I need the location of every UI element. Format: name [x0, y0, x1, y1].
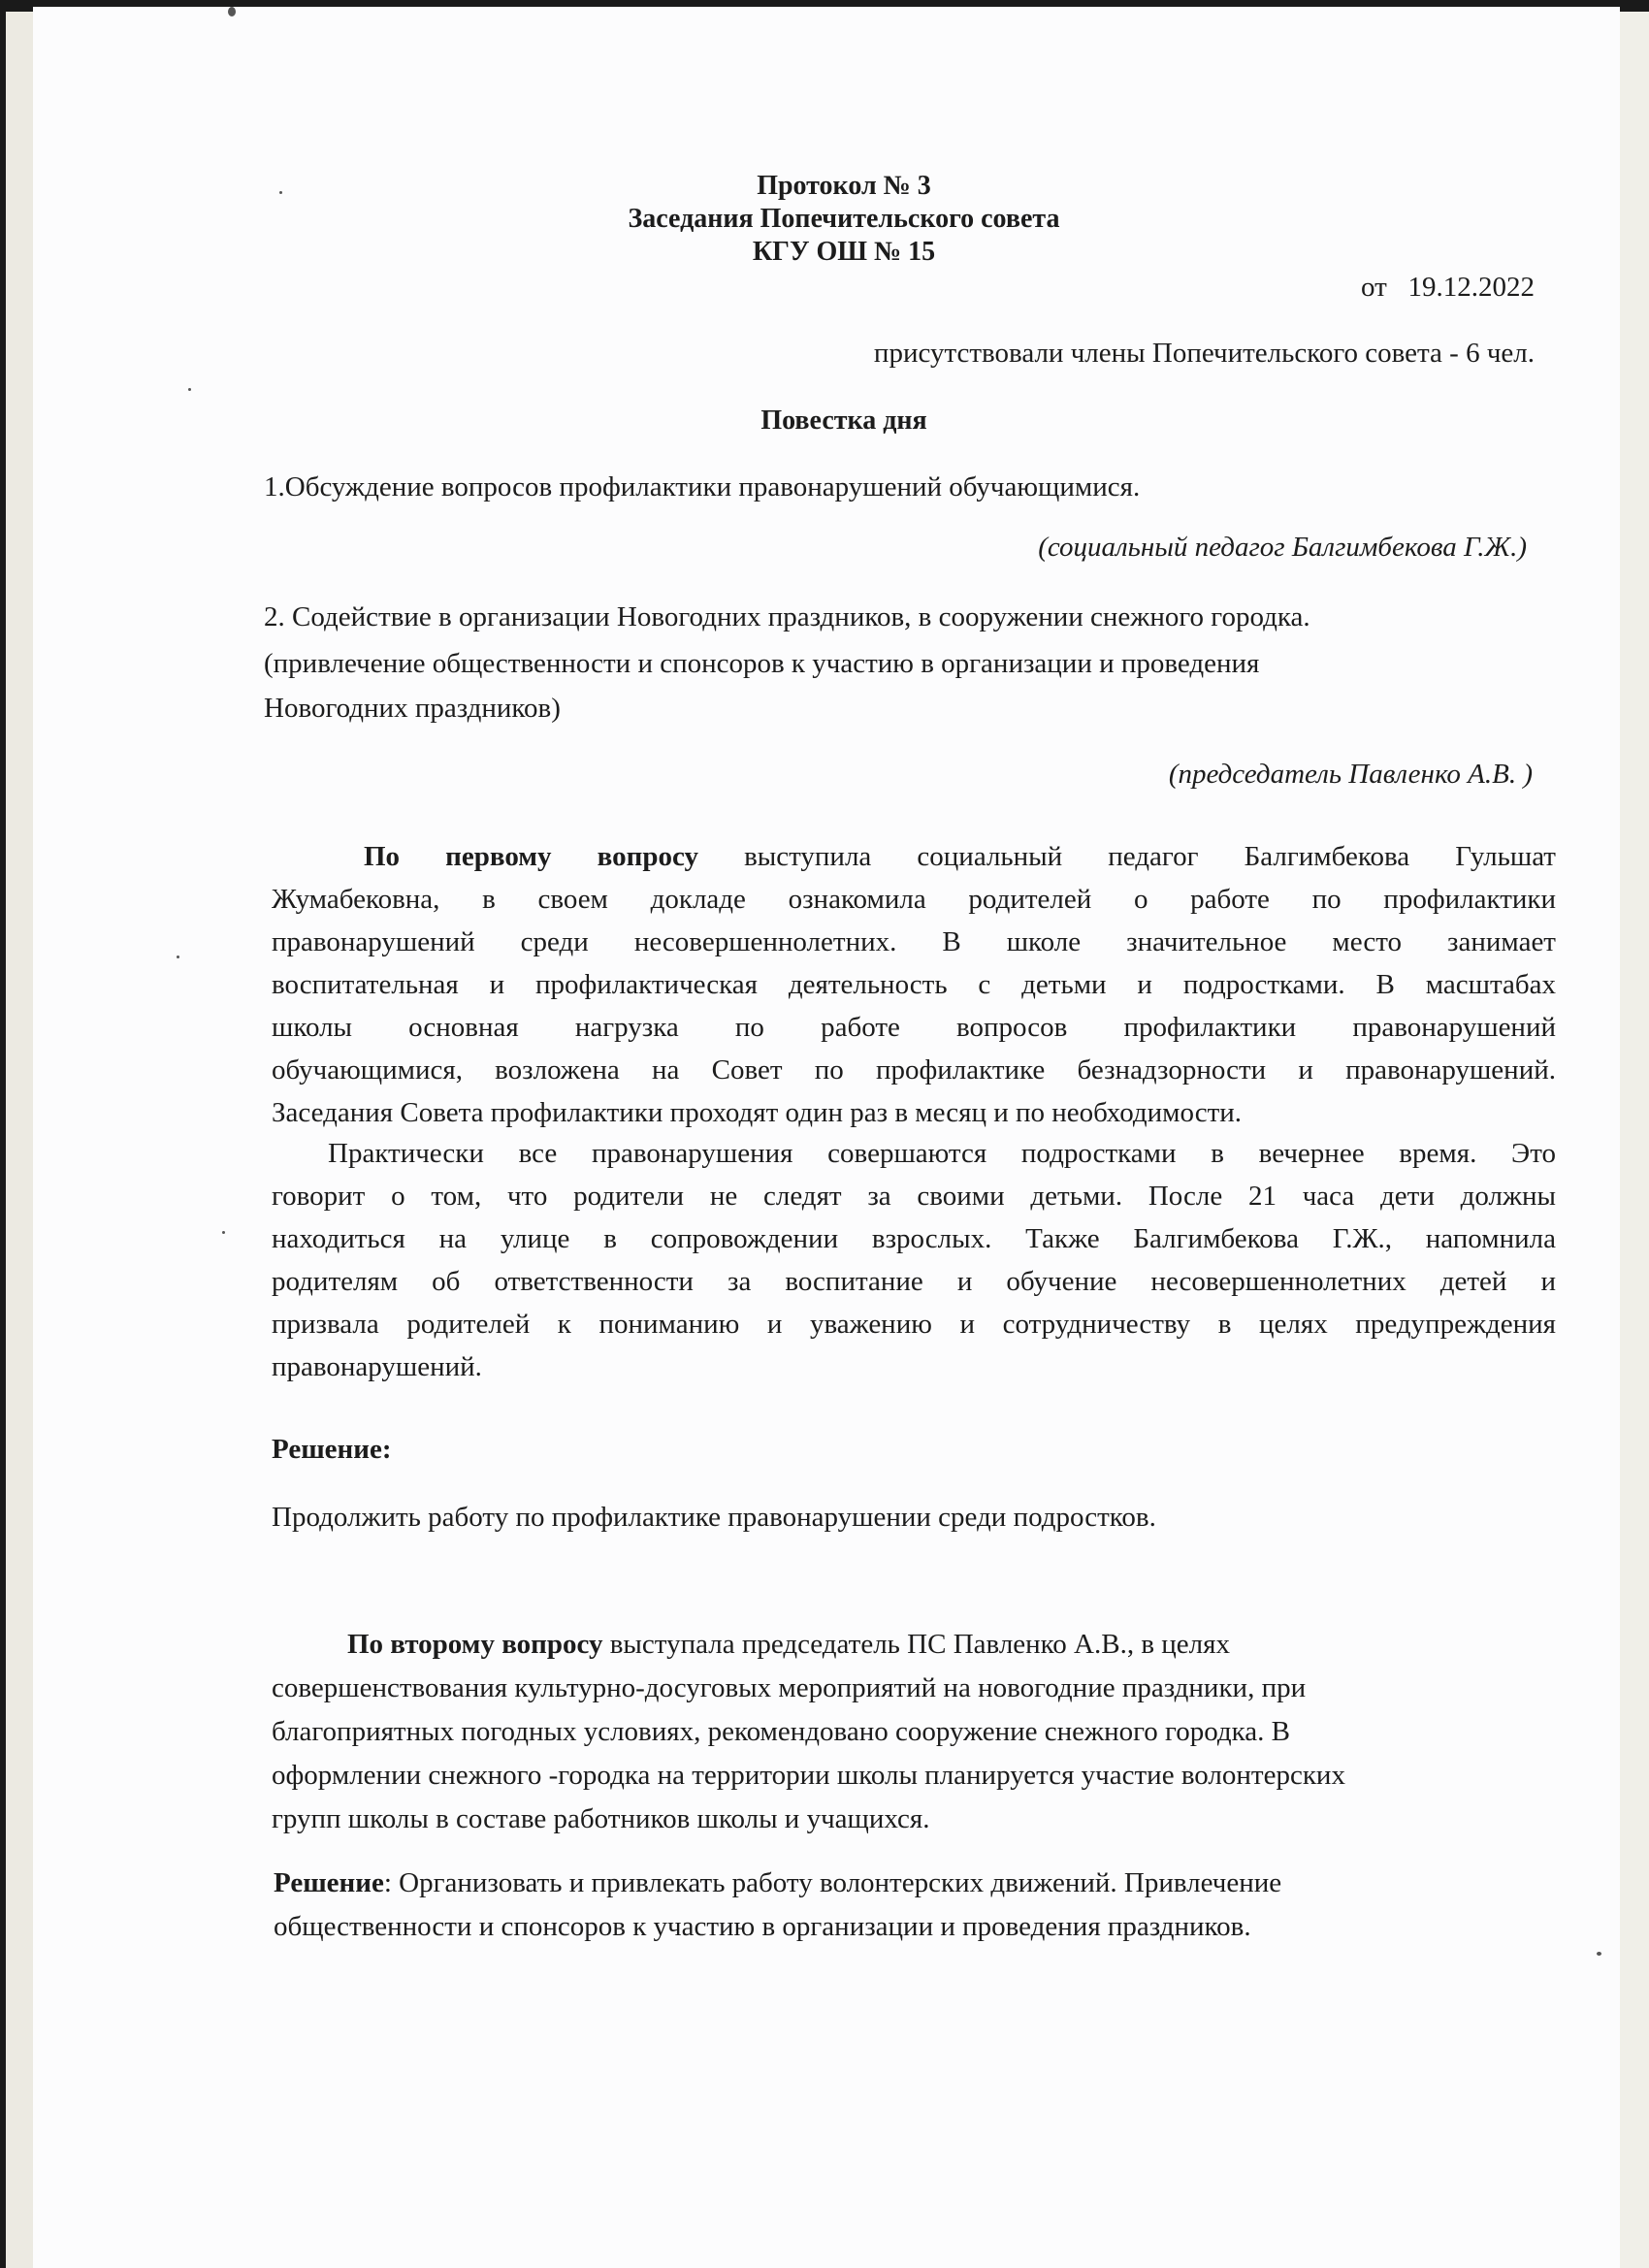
first-question-line-6: обучающимися, возложена на Совет по проф…	[272, 1049, 1556, 1091]
para2-line-2: говорит о том, что родители не следят за…	[272, 1175, 1556, 1217]
scan-speck	[188, 388, 191, 391]
agenda-item-1: 1.Обсуждение вопросов профилактики право…	[264, 470, 1140, 503]
agenda-item-2-line-1: 2. Содействие в организации Новогодних п…	[264, 600, 1310, 633]
second-question-line-5: групп школы в составе работников школы и…	[272, 1798, 1556, 1841]
scan-speck	[228, 7, 236, 16]
first-question-paragraph-2: Практически все правонарушения совершают…	[272, 1132, 1556, 1388]
second-decision-label: Решение	[274, 1867, 384, 1898]
scan-right-edge	[1620, 12, 1649, 2268]
date-value: 19.12.2022	[1408, 272, 1536, 303]
first-decision-label: Решение:	[272, 1433, 392, 1466]
agenda-item-2-line-3: Новогодних праздников)	[264, 692, 561, 725]
scan-speck	[177, 956, 179, 958]
protocol-date: от 19.12.2022	[1361, 271, 1535, 304]
document-page: Протокол № 3 Заседания Попечительского с…	[33, 7, 1620, 2268]
second-question-line-4: оформлении снежного -городка на территор…	[272, 1754, 1556, 1798]
agenda-heading: Повестка дня	[33, 405, 1620, 437]
scan-speck	[1597, 1952, 1601, 1956]
first-question-line-5: школы основная нагрузка по работе вопрос…	[272, 1006, 1556, 1049]
agenda-item-1-speaker: (социальный педагог Балгимбекова Г.Ж.)	[1038, 531, 1527, 564]
school-title: КГУ ОШ № 15	[33, 236, 1620, 269]
first-question-line-3: правонарушений среди несовершеннолетних.…	[272, 921, 1556, 963]
para2-line-4: родителям об ответственности за воспитан…	[272, 1260, 1556, 1303]
first-question-line-7: Заседания Совета профилактики проходят о…	[272, 1091, 1556, 1134]
first-question-line-2: Жумабековна, в своем докладе ознакомила …	[272, 878, 1556, 921]
second-question-line-1: По второму вопросу выступала председател…	[272, 1623, 1556, 1667]
second-question-line-2: совершенствования культурно-досуговых ме…	[272, 1667, 1556, 1710]
para2-line-3: находиться на улице в сопровождении взро…	[272, 1217, 1556, 1260]
para2-line-6: правонарушений.	[272, 1345, 1556, 1388]
second-decision-line-2: общественности и спонсоров к участию в о…	[274, 1905, 1558, 1949]
second-decision: Решение: Организовать и привлекать работ…	[274, 1862, 1558, 1949]
council-title: Заседания Попечительского совета	[33, 203, 1620, 236]
first-question-line-1: По первому вопросу выступила социальный …	[272, 835, 1556, 878]
first-question-section: По первому вопросу выступила социальный …	[272, 835, 1556, 1134]
para2-line-1: Практически все правонарушения совершают…	[272, 1132, 1556, 1175]
first-question-lead: По первому вопросу	[364, 841, 698, 872]
second-question-lead: По второму вопросу	[347, 1629, 602, 1660]
first-question-line-4: воспитательная и профилактическая деятел…	[272, 963, 1556, 1006]
scan-left-edge	[6, 12, 33, 2268]
protocol-title: Протокол № 3	[33, 170, 1620, 203]
agenda-item-2-speaker: (председатель Павленко А.В. )	[1169, 758, 1533, 791]
first-decision-text: Продолжить работу по профилактике правон…	[272, 1501, 1156, 1534]
scan-speck	[222, 1231, 225, 1234]
second-decision-line-1: Решение: Организовать и привлекать работ…	[274, 1862, 1558, 1905]
second-question-line-3: благоприятных погодных условиях, рекомен…	[272, 1710, 1556, 1754]
para2-line-5: призвала родителей к пониманию и уважени…	[272, 1303, 1556, 1345]
agenda-item-2-line-2: (привлечение общественности и спонсоров …	[264, 647, 1259, 680]
second-question-section: По второму вопросу выступала председател…	[272, 1623, 1556, 1841]
date-prefix: от	[1361, 272, 1387, 303]
attendance-line: присутствовали члены Попечительского сов…	[874, 337, 1535, 370]
